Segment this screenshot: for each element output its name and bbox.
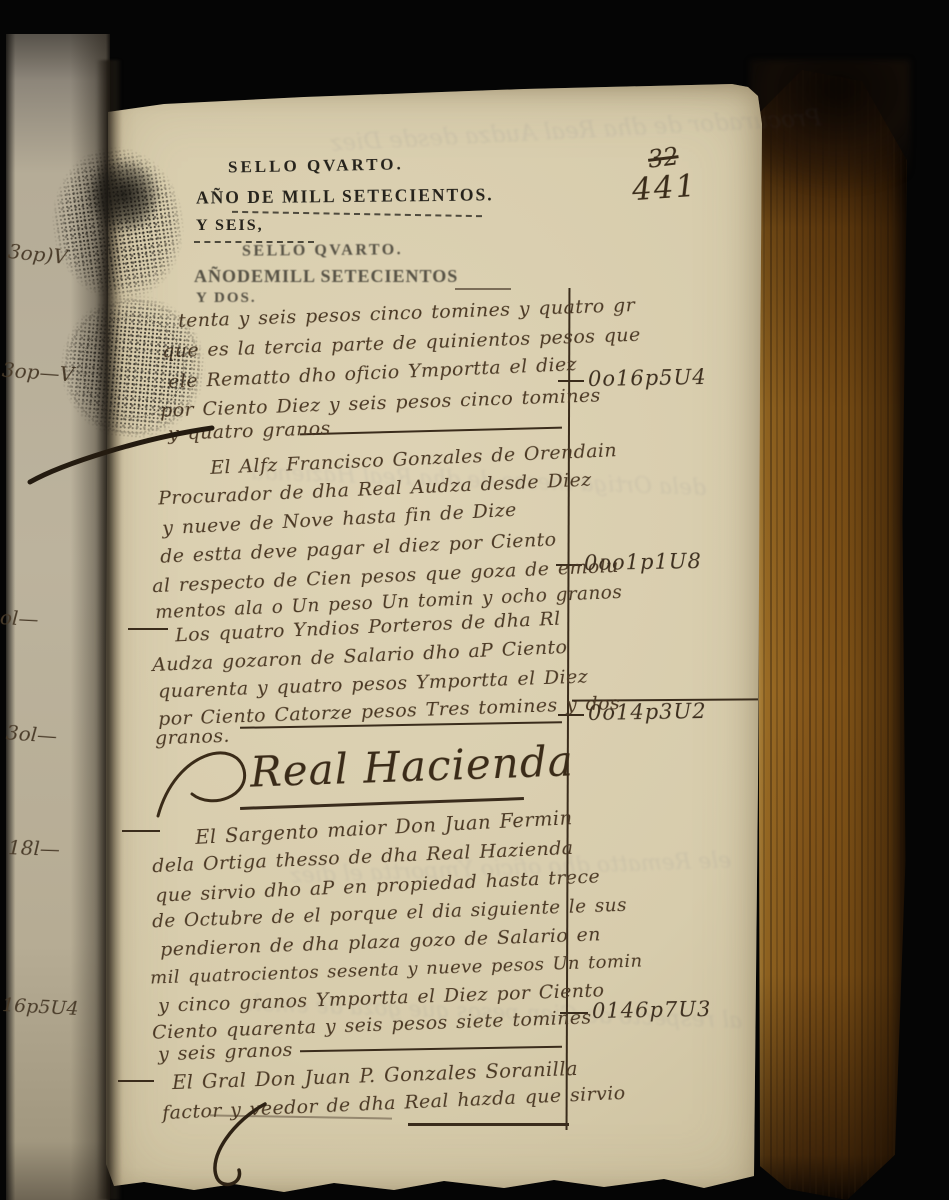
margin-amount: 0o16p5U4 <box>588 365 707 391</box>
stamp-underline <box>455 288 511 290</box>
amount-tick <box>558 380 584 382</box>
margin-amount: 0oo1p1U8 <box>584 549 702 575</box>
book-fore-edge <box>757 70 907 1200</box>
left-margin-note: 18l— <box>8 835 61 861</box>
stamp-text-y-seis: Y SEIS, <box>196 217 264 235</box>
left-margin-note: ol— <box>0 605 39 631</box>
folio-number: 441 <box>631 168 699 208</box>
paragraph-dash <box>118 1080 154 1082</box>
bottom-rule <box>408 1123 569 1126</box>
stamp-text-year-2: AÑODEMILL SETECIENTOS <box>194 266 458 287</box>
stamp-text-sello-quarto-2: SELLO QVARTO. <box>242 241 403 260</box>
closing-flourish <box>195 1100 285 1190</box>
heading-flourish <box>150 736 260 820</box>
fore-edge-shadow <box>750 60 910 210</box>
stamp-text-year-1: AÑO DE MILL SETECIENTOS. <box>196 184 494 208</box>
left-margin-note: 3ol— <box>5 720 58 748</box>
margin-amount: 0146p7U3 <box>592 997 712 1023</box>
stamp-text-y-dos: Y DOS. <box>196 290 257 307</box>
manuscript-line: y seis granos <box>158 1039 294 1066</box>
stamp-text-sello-quarto-1: SELLO QVARTO. <box>228 154 404 177</box>
paragraph-dash <box>122 830 160 832</box>
left-margin-note: 16p5U4 <box>1 994 79 1020</box>
margin-amount: 0o14p3U2 <box>588 699 707 725</box>
manuscript-photo: Procurador de dha Real Audza desde Diez … <box>0 0 949 1200</box>
paragraph-dash <box>128 628 168 630</box>
